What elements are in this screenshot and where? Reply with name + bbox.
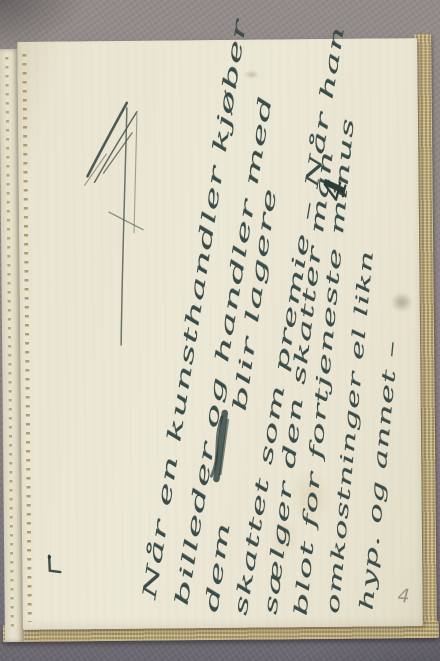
ink-smudge	[391, 292, 413, 312]
stub-stitching-holes	[5, 57, 14, 633]
photo-background: Når en kunsthandler kjøber billeder og h…	[0, 0, 440, 661]
notebook: Når en kunsthandler kjøber billeder og h…	[0, 0, 440, 661]
page-stitching-holes	[22, 54, 31, 622]
page-number: 4	[397, 587, 410, 607]
